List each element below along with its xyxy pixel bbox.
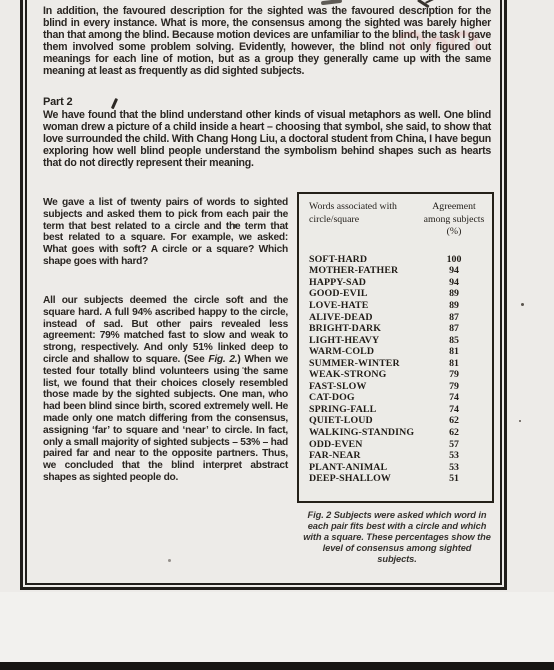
word-pair: WALKING-STANDING	[309, 427, 426, 438]
agreement-value: 100	[426, 254, 482, 265]
table-row: FAST-SLOW79	[299, 381, 492, 393]
word-pair: LOVE-HATE	[309, 300, 426, 311]
word-pair: FAR-NEAR	[309, 450, 426, 461]
table-row: SPRING-FALL74	[299, 404, 492, 416]
agreement-value: 87	[426, 323, 482, 334]
word-pair: GOOD-EVIL	[309, 288, 426, 299]
scan-speck	[168, 559, 171, 562]
fig2-table-rows: SOFT-HARD100 MOTHER-FATHER94 HAPPY-SAD94…	[299, 254, 492, 485]
word-pair: SPRING-FALL	[309, 404, 426, 415]
table-row: WARM-COLD81	[299, 346, 492, 358]
scan-speck	[233, 224, 236, 228]
page-margin-area	[0, 592, 554, 662]
scan-speck	[521, 303, 524, 306]
table-row: BRIGHT-DARK87	[299, 323, 492, 335]
table-row: PLANT-ANIMAL53	[299, 461, 492, 473]
word-pair: MOTHER-FATHER	[309, 265, 426, 276]
table-row: HAPPY-SAD94	[299, 277, 492, 289]
column-paragraph-1: We gave a list of twenty pairs of words …	[43, 197, 288, 268]
scan-speck	[519, 420, 521, 422]
fig2-header-words-column: Words associated with circle/square	[309, 201, 409, 239]
table-row: FAR-NEAR53	[299, 450, 492, 462]
table-row: SOFT-HARD100	[299, 254, 492, 266]
agreement-value: 74	[426, 404, 482, 415]
table-row: ALIVE-DEAD87	[299, 311, 492, 323]
agreement-value: 81	[426, 346, 482, 357]
table-row: LOVE-HATE89	[299, 300, 492, 312]
agreement-value: 81	[426, 358, 482, 369]
column-paragraph-2: All our subjects deemed the circle soft …	[43, 295, 288, 484]
word-pair: DEEP-SHALLOW	[309, 473, 426, 484]
table-row: SUMMER-WINTER81	[299, 357, 492, 369]
word-pair: LIGHT-HEAVY	[309, 335, 426, 346]
word-pair: FAST-SLOW	[309, 381, 426, 392]
scanned-article-page: In addition, the favoured description fo…	[0, 0, 554, 670]
agreement-value: 53	[426, 450, 482, 461]
agreement-value: 87	[426, 312, 482, 323]
part2-paragraph: We have found that the blind understand …	[43, 109, 491, 169]
table-row: MOTHER-FATHER94	[299, 265, 492, 277]
word-pair: HAPPY-SAD	[309, 277, 426, 288]
part2-heading: Part 2	[43, 96, 72, 108]
column-paragraph-2-text-cont: ) When we tested four totally blind volu…	[43, 354, 288, 483]
watermark-shape	[451, 32, 477, 50]
fig2-reference: Fig. 2.	[208, 354, 237, 365]
word-pair: PLANT-ANIMAL	[309, 462, 426, 473]
fig2-table-header: Words associated with circle/square Agre…	[299, 194, 492, 239]
fig2-header-agreement-column: Agreement among subjects (%)	[422, 201, 486, 239]
agreement-value: 53	[426, 462, 482, 473]
agreement-value: 89	[426, 288, 482, 299]
agreement-value: 89	[426, 300, 482, 311]
fig2-table: Words associated with circle/square Agre…	[297, 192, 494, 503]
watermark-artifact	[398, 16, 518, 50]
scan-speck	[242, 367, 244, 369]
table-row: DEEP-SHALLOW51	[299, 473, 492, 485]
agreement-value: 62	[426, 415, 482, 426]
agreement-value: 79	[426, 381, 482, 392]
agreement-value: 74	[426, 392, 482, 403]
agreement-value: 57	[426, 439, 482, 450]
agreement-value: 79	[426, 369, 482, 380]
word-pair: WARM-COLD	[309, 346, 426, 357]
word-pair: WEAK-STRONG	[309, 369, 426, 380]
scan-bottom-bar	[0, 662, 554, 670]
agreement-value: 51	[426, 473, 482, 484]
table-row: QUIET-LOUD62	[299, 415, 492, 427]
watermark-shape	[398, 32, 424, 50]
word-pair: ALIVE-DEAD	[309, 312, 426, 323]
word-pair: CAT-DOG	[309, 392, 426, 403]
word-pair: QUIET-LOUD	[309, 415, 426, 426]
word-pair: SUMMER-WINTER	[309, 358, 426, 369]
fig2-caption: Fig. 2 Subjects were asked which word in…	[302, 510, 492, 565]
agreement-value: 94	[426, 265, 482, 276]
word-pair: BRIGHT-DARK	[309, 323, 426, 334]
table-row: WALKING-STANDING62	[299, 427, 492, 439]
agreement-value: 85	[426, 335, 482, 346]
agreement-value: 94	[426, 277, 482, 288]
table-row: WEAK-STRONG79	[299, 369, 492, 381]
table-row: LIGHT-HEAVY85	[299, 334, 492, 346]
table-row: CAT-DOG74	[299, 392, 492, 404]
word-pair: SOFT-HARD	[309, 254, 426, 265]
table-row: ODD-EVEN57	[299, 438, 492, 450]
watermark-shape	[428, 37, 447, 50]
agreement-value: 62	[426, 427, 482, 438]
table-row: GOOD-EVIL89	[299, 288, 492, 300]
word-pair: ODD-EVEN	[309, 439, 426, 450]
